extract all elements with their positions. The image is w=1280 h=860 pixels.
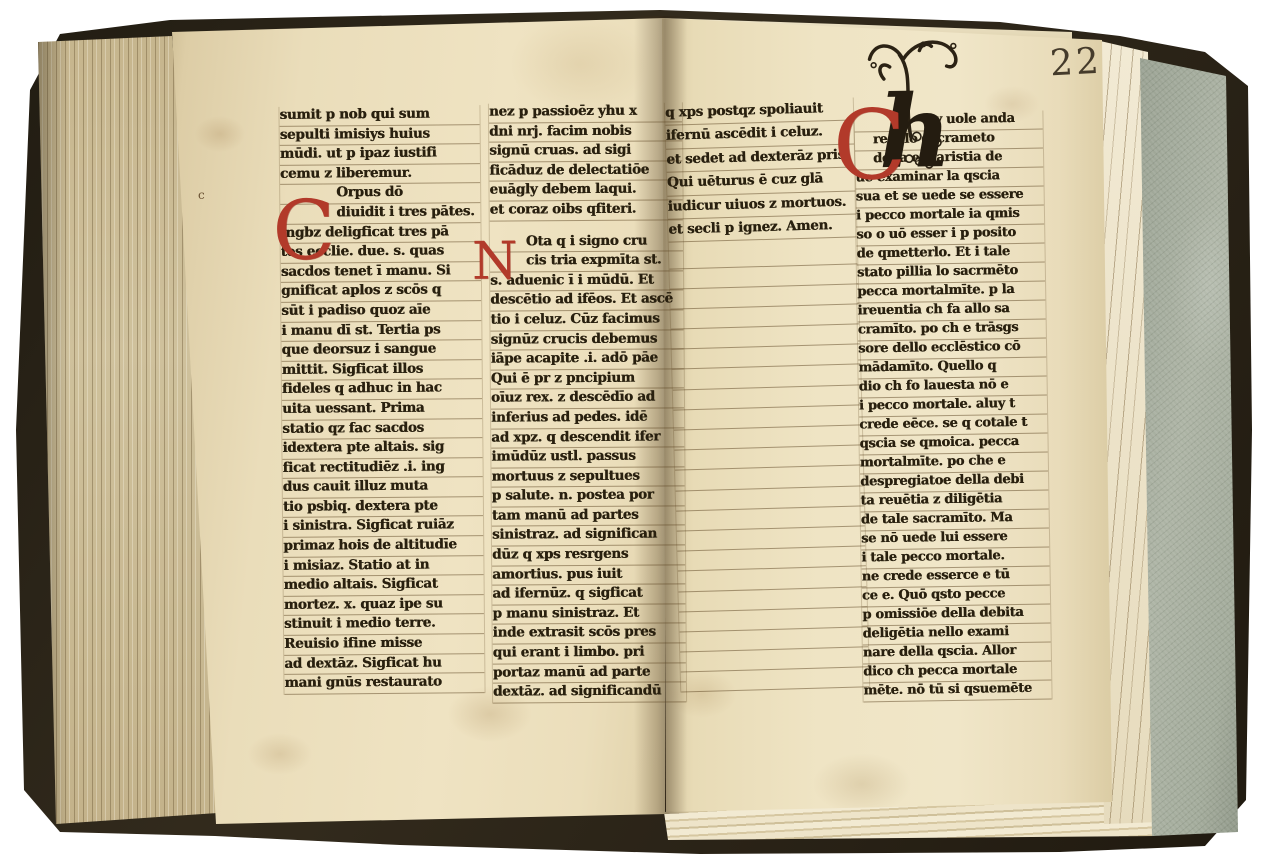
manuscript-text-line: imūdūz ustl. passus <box>491 447 684 468</box>
manuscript-text-line: inde extrasit scōs pres <box>493 624 686 645</box>
manuscript-text-line: statio qz fac sacdos <box>282 419 482 440</box>
text-column-right-2: C <box>853 111 1052 703</box>
line-group: Ota q i signo crucis tria expmīta st.s. … <box>490 232 686 704</box>
manuscript-text-line: dextāz. ad significandū <box>493 683 686 704</box>
manuscript-text-line: qui erant i limbo. pri <box>493 643 686 664</box>
manuscript-text-line: Reuisio ifine misse <box>284 634 484 655</box>
manuscript-text-line: uita uessant. Prima <box>282 399 482 420</box>
manuscript-text-line: p salute. n. postea por <box>492 487 685 508</box>
manuscript-text-line: que deorsuz i sangue <box>281 340 481 361</box>
manuscript-text-line: ad ifernūz. q sigficat <box>492 585 685 606</box>
manuscript-text-line: dūz q xps resrgens <box>492 545 685 566</box>
manuscript-text-line: Qui ē pr z pncipium <box>491 369 684 390</box>
manuscript-text-line: et coraz oibs qfiteri. <box>490 200 683 221</box>
manuscript-text-line: ad dextāz. Sigficat hu <box>284 654 484 675</box>
manuscript-text-line: inferius ad pedes. idē <box>491 408 684 429</box>
manuscript-text-line: mani gnūs restaurato <box>284 673 484 694</box>
manuscript-text-line: fideles q adhuc in hac <box>282 379 482 400</box>
manuscript-text-line: dni nrj. facim nobis <box>489 122 682 143</box>
manuscript-text-line: descētio ad ifēos. Et ascē <box>490 291 683 312</box>
manuscript-text-line: cis tria expmīta st. <box>490 251 683 272</box>
manuscript-text-line: Ota q i signo cru <box>490 232 683 253</box>
manuscript-text-line: signū cruas. ad sigi <box>489 142 682 163</box>
manuscript-text-line: ad xpz. q descendit ifer <box>491 428 684 449</box>
manuscript-text-line: amortius. pus iuit <box>492 565 685 586</box>
manuscript-text-line: ficāduz de delectatiōe <box>489 161 682 182</box>
manuscript-text-line: mortez. x. quaz ipe su <box>284 595 484 616</box>
manuscript-text-line: i manu dī st. Tertia ps <box>281 321 481 342</box>
manuscript-text-line: tio i celuz. Cūz facimus <box>490 310 683 331</box>
manuscript-text-line: i misiaz. Statio at in <box>283 556 483 577</box>
rubric-initial: C <box>272 191 335 274</box>
cover-board <box>1140 50 1242 840</box>
rubric-initial: C <box>832 97 907 194</box>
manuscript-text-line: medio altais. Sigficat <box>284 575 484 596</box>
manuscript-text-line: oīuz rex. z descēdīo ad <box>491 389 684 410</box>
manuscript-text-line: tio psbiq. dextera pte <box>283 497 483 518</box>
paragraph: N Ota q i signo crucis tria expmīta st.s… <box>490 232 686 704</box>
manuscript-text-line: portaz manū ad parte <box>493 663 686 684</box>
manuscript-text-line: cemu z liberemur. <box>280 164 480 185</box>
manuscript-text-line: idextera pte altais. sig <box>282 438 482 459</box>
manuscript-photo: 22 c sumit p nob qui sumsepulti imisiys … <box>0 0 1280 860</box>
manuscript-text-line: stinuit i medio terre. <box>284 615 484 636</box>
manuscript-text-line: tam manū ad partes <box>492 506 685 527</box>
manuscript-text-line: mēte. nō tū si qsuemēte <box>863 680 1051 702</box>
manuscript-text-line: i sinistra. Sigficat ruiāz <box>283 517 483 538</box>
manuscript-text-line: sinistraz. ad significan <box>492 526 685 547</box>
paragraph: sumit p nob qui sumsepulti imisiys huius… <box>279 105 480 185</box>
manuscript-text-line: sumit p nob qui sum <box>279 105 479 126</box>
manuscript-text-line: euāgly debem laqui. <box>489 181 682 202</box>
line-group: q xps postqz spoliauitifernū ascēdit i c… <box>665 97 857 243</box>
folio-number: 22 <box>1049 41 1103 85</box>
manuscript-text-line: sūt i padiso quoz aīe <box>281 301 481 322</box>
manuscript-text-line: ficat rectitudiēz .i. ing <box>283 458 483 479</box>
paragraph: nez p passioēz yhu xdni nrj. facim nobis… <box>489 102 683 221</box>
manuscript-text-line: iāpe acapite .i. adō pāe <box>491 349 684 370</box>
manuscript-text-line: p manu sinistraz. Et <box>492 604 685 625</box>
paragraph: q xps postqz spoliauitifernū ascēdit i c… <box>665 97 857 243</box>
line-group: sumit p nob qui sumsepulti imisiys huius… <box>279 105 480 185</box>
text-column-left-1: sumit p nob qui sumsepulti imisiys huius… <box>278 105 485 695</box>
line-group: nez p passioēz yhu xdni nrj. facim nobis… <box>489 102 683 221</box>
text-column-left-2: nez p passioēz yhu xdni nrj. facim nobis… <box>488 102 687 703</box>
margin-guide-letter: c <box>198 188 205 202</box>
rubric-initial: N <box>472 235 518 287</box>
blank-ruled-area <box>669 244 869 693</box>
manuscript-text-line: mortuus z sepultues <box>491 467 684 488</box>
manuscript-text-line: s. aduenic ī i mūdū. Et <box>490 271 683 292</box>
manuscript-text-line: mūdi. ut p ipaz iustifi <box>280 144 480 165</box>
manuscript-text-line: signūz crucis debemus <box>490 330 683 351</box>
manuscript-text-line: sepulti imisiys huius <box>280 125 480 146</box>
manuscript-text-line: mittit. Sigficat illos <box>282 360 482 381</box>
manuscript-text-line: nez p passioēz yhu x <box>489 102 682 123</box>
paragraph: C <box>854 111 1051 703</box>
manuscript-text-line: gnificat aplos z scōs q <box>281 281 481 302</box>
manuscript-text-line: primaz hois de altitudīe <box>283 536 483 557</box>
manuscript-text-line: dus cauit illuz muta <box>283 477 483 498</box>
paragraph: C Orpus dōdiuidit i tres pātes.ingbz del… <box>280 184 484 695</box>
manuscript-text-line: et secli p ignez. Amen. <box>668 214 857 243</box>
